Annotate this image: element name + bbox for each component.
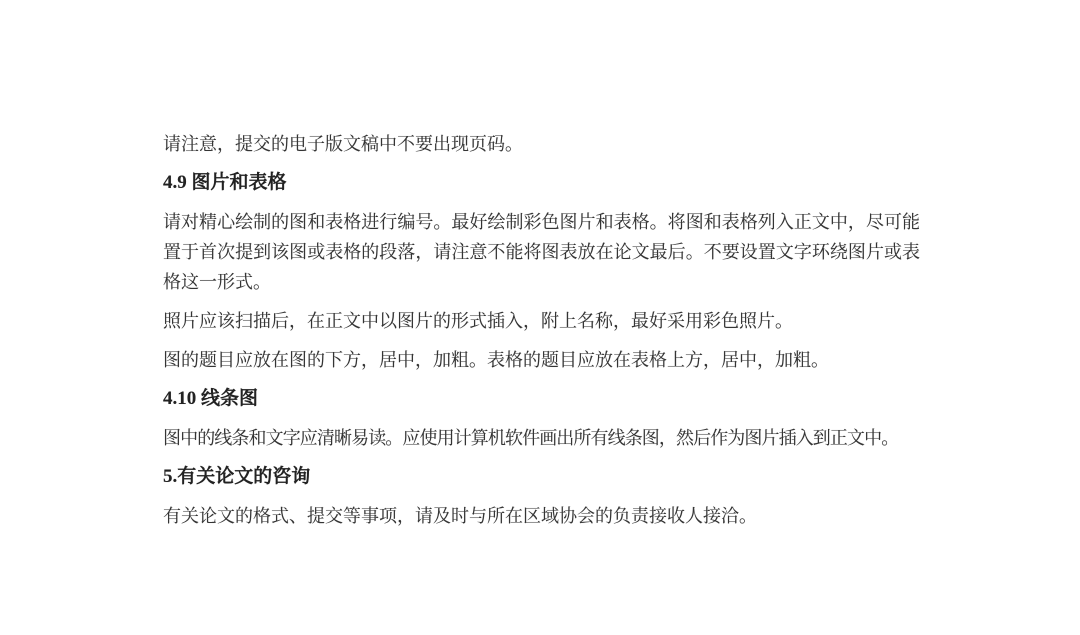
- section-heading-4-10-line-drawings: 4.10 线条图: [163, 384, 920, 414]
- paragraph-caption-placement: 图的题目应放在图的下方，居中，加粗。表格的题目应放在表格上方，居中，加粗。: [163, 345, 920, 375]
- section-heading-4-9-figures-and-tables: 4.9 图片和表格: [163, 168, 920, 198]
- paragraph-figures-tables-numbering: 请对精心绘制的图和表格进行编号。最好绘制彩色图片和表格。将图和表格列入正文中，尽…: [163, 207, 920, 297]
- document-page: 请注意，提交的电子版文稿中不要出现页码。 4.9 图片和表格 请对精心绘制的图和…: [0, 0, 1080, 635]
- paragraph-line-drawings-legibility: 图中的线条和文字应清晰易读。应使用计算机软件画出所有线条图，然后作为图片插入到正…: [163, 423, 920, 453]
- paragraph-page-number-note: 请注意，提交的电子版文稿中不要出现页码。: [163, 129, 920, 159]
- section-heading-5-paper-inquiries: 5.有关论文的咨询: [163, 462, 920, 492]
- paragraph-inquiry-contact: 有关论文的格式、提交等事项，请及时与所在区域协会的负责接收人接洽。: [163, 501, 920, 531]
- document-body: 请注意，提交的电子版文稿中不要出现页码。 4.9 图片和表格 请对精心绘制的图和…: [163, 129, 920, 531]
- paragraph-photos-scanning: 照片应该扫描后，在正文中以图片的形式插入，附上名称，最好采用彩色照片。: [163, 306, 920, 336]
